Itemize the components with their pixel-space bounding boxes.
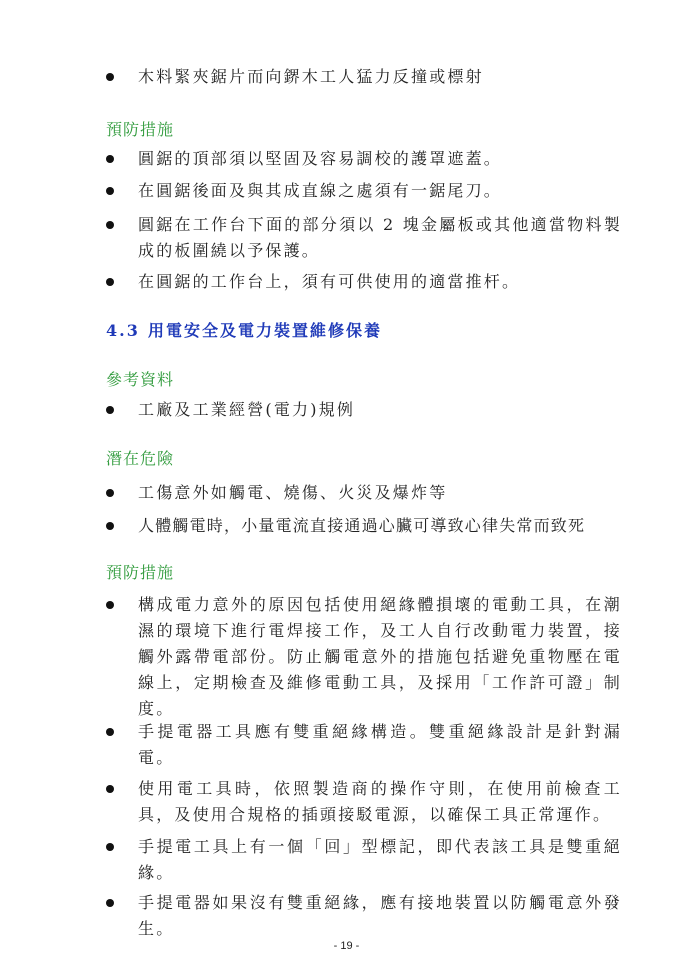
bullet-icon	[106, 406, 114, 414]
bullet-icon	[106, 601, 114, 609]
document-page: 木料緊夾鋸片而向鎅木工人猛力反撞或標射 預防措施 圓鋸的頂部須以堅固及容易調校的…	[0, 0, 693, 980]
subheading-prevention: 預防措施	[106, 117, 174, 140]
list-item: 手提電器如果沒有雙重絕緣，應有接地裝置以防觸電意外發生。	[106, 890, 626, 942]
section-number: 4.3	[106, 321, 148, 340]
bullet-icon	[106, 187, 114, 195]
list-item: 木料緊夾鋸片而向鎅木工人猛力反撞或標射	[106, 64, 626, 90]
bullet-icon	[106, 728, 114, 736]
list-item: 工廠及工業經營(電力)規例	[106, 397, 626, 423]
subheading-prevention-2: 預防措施	[106, 560, 174, 583]
bullet-icon	[106, 489, 114, 497]
bullet-icon	[106, 155, 114, 163]
list-item: 手提電工具上有一個「回」型標記，即代表該工具是雙重絕緣。	[106, 834, 626, 886]
list-item: 使用電工具時，依照製造商的操作守則，在使用前檢查工具，及使用合規格的插頭接駁電源…	[106, 776, 626, 828]
bullet-icon	[106, 785, 114, 793]
list-item: 在圓鋸後面及與其成直線之處須有一鋸尾刀。	[106, 178, 626, 204]
bullet-icon	[106, 522, 114, 530]
list-item: 人體觸電時，小量電流直接通過心臟可導致心律失常而致死	[106, 513, 626, 539]
bullet-icon	[106, 843, 114, 851]
list-item: 圓鋸在工作台下面的部分須以 2 塊金屬板或其他適當物料製成的板圍繞以予保護。	[106, 212, 626, 264]
bullet-icon	[106, 221, 114, 229]
section-heading: 4.3用電安全及電力裝置維修保養	[106, 318, 382, 341]
bullet-icon	[106, 278, 114, 286]
bullet-icon	[106, 73, 114, 81]
page-number: - 19 -	[0, 940, 693, 952]
subheading-hazards: 潛在危險	[106, 446, 174, 469]
list-item: 工傷意外如觸電、燒傷、火災及爆炸等	[106, 480, 626, 506]
section-title: 用電安全及電力裝置維修保養	[148, 321, 382, 340]
list-item: 構成電力意外的原因包括使用絕緣體損壞的電動工具，在潮濕的環境下進行電焊接工作，及…	[106, 592, 626, 722]
list-item: 手提電器工具應有雙重絕緣構造。雙重絕緣設計是針對漏電。	[106, 719, 626, 771]
list-item: 在圓鋸的工作台上，須有可供使用的適當推杆。	[106, 269, 626, 295]
list-item: 圓鋸的頂部須以堅固及容易調校的護罩遮蓋。	[106, 146, 626, 172]
bullet-icon	[106, 899, 114, 907]
subheading-references: 參考資料	[106, 367, 174, 390]
